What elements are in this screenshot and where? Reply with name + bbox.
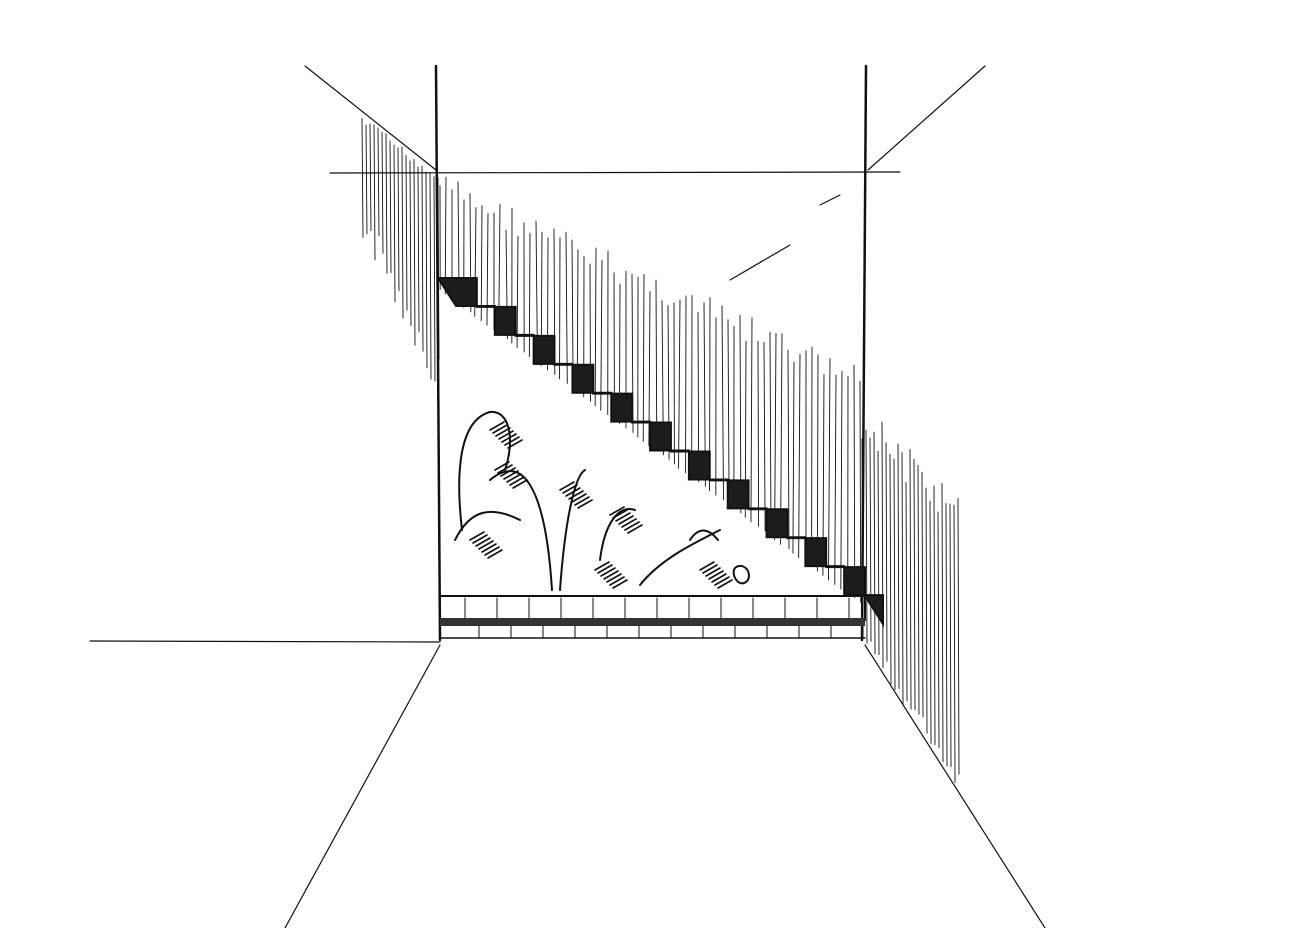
foliage-hatching bbox=[470, 422, 732, 588]
wall-edges bbox=[436, 66, 866, 640]
tiled-plinth bbox=[440, 596, 865, 638]
ink-sketch-canvas bbox=[0, 0, 1299, 928]
left-wall-hatching bbox=[362, 118, 439, 380]
staircase bbox=[438, 278, 883, 624]
